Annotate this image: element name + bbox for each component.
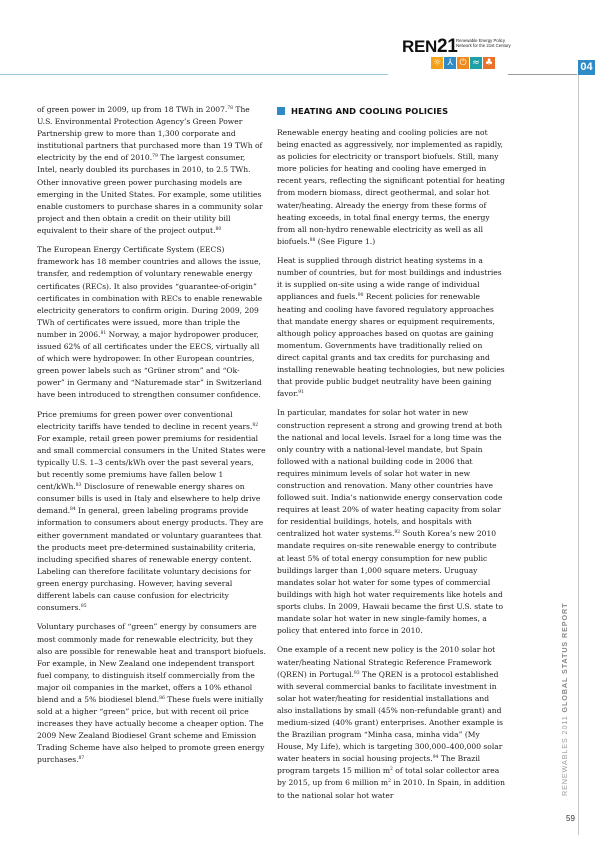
right-column: HEATING AND COOLING POLICIES Renewable e… bbox=[277, 104, 506, 809]
logo-wordmark: REN21 bbox=[402, 38, 458, 55]
footnote-ref[interactable]: 87 bbox=[79, 756, 85, 761]
left-paragraph: The European Energy Certificate System (… bbox=[37, 244, 266, 401]
footnote-ref[interactable]: 78 bbox=[227, 106, 233, 111]
footnote-ref[interactable]: 81 bbox=[100, 331, 106, 336]
header-rule-left bbox=[0, 74, 388, 75]
water-wave-icon: ≈ bbox=[470, 57, 482, 69]
footnote-ref[interactable]: 85 bbox=[81, 604, 87, 609]
wind-turbine-icon: ⅄ bbox=[444, 57, 456, 69]
right-paragraph: Heat is supplied through district heatin… bbox=[277, 255, 506, 400]
footnote-ref[interactable]: 94 bbox=[433, 755, 439, 760]
running-title-bold: GLOBAL STATUS REPORT bbox=[560, 603, 569, 713]
leaf-icon: ♣ bbox=[483, 57, 495, 69]
page-number: 59 bbox=[566, 814, 575, 823]
logo-tagline: Renewable Energy Policy Network for the … bbox=[456, 39, 516, 48]
header-rule-right bbox=[508, 74, 577, 75]
chapter-tab[interactable]: 04 bbox=[578, 60, 595, 75]
right-paragraph: Renewable energy heating and cooling pol… bbox=[277, 127, 506, 248]
left-paragraph: Price premiums for green power over conv… bbox=[37, 409, 266, 615]
footnote-ref[interactable]: 93 bbox=[354, 671, 360, 676]
footnote-ref[interactable]: 86 bbox=[159, 696, 165, 701]
section-square-icon bbox=[277, 107, 285, 115]
footnote-ref[interactable]: 83 bbox=[76, 483, 82, 488]
left-column: of green power in 2009, up from 18 TWh i… bbox=[37, 104, 266, 774]
footnote-ref[interactable]: 79 bbox=[152, 154, 158, 159]
footnote-ref[interactable]: 2 bbox=[388, 779, 391, 784]
footnote-ref[interactable]: 84 bbox=[70, 507, 76, 512]
footnote-ref[interactable]: 90 bbox=[358, 293, 364, 298]
logo-icon-strip: ☼⅄⏻≈♣ bbox=[431, 57, 495, 69]
footnote-ref[interactable]: 88 bbox=[310, 238, 316, 243]
left-paragraph: of green power in 2009, up from 18 TWh i… bbox=[37, 104, 266, 237]
power-icon: ⏻ bbox=[457, 57, 469, 69]
footnote-ref[interactable]: 2 bbox=[390, 767, 393, 772]
section-title: HEATING AND COOLING POLICIES bbox=[291, 105, 448, 117]
right-paragraph: In particular, mandates for solar hot wa… bbox=[277, 407, 506, 637]
footnote-ref[interactable]: 92 bbox=[394, 530, 400, 535]
side-rule bbox=[578, 75, 579, 835]
footnote-ref[interactable]: 80 bbox=[215, 227, 221, 232]
right-paragraph: One example of a recent new policy is th… bbox=[277, 644, 506, 801]
sun-icon: ☼ bbox=[431, 57, 443, 69]
running-title: RENEWABLES 2011 GLOBAL STATUS REPORT bbox=[560, 603, 569, 796]
ren21-logo: REN21 Renewable Energy Policy Network fo… bbox=[402, 38, 522, 70]
footnote-ref[interactable]: 91 bbox=[298, 390, 304, 395]
section-heading: HEATING AND COOLING POLICIES bbox=[277, 104, 506, 118]
left-paragraph: Voluntary purchases of “green” energy by… bbox=[37, 621, 266, 766]
running-title-light: RENEWABLES 2011 bbox=[560, 712, 569, 796]
footnote-ref[interactable]: 82 bbox=[252, 423, 258, 428]
right-column-body: Renewable energy heating and cooling pol… bbox=[277, 127, 506, 802]
